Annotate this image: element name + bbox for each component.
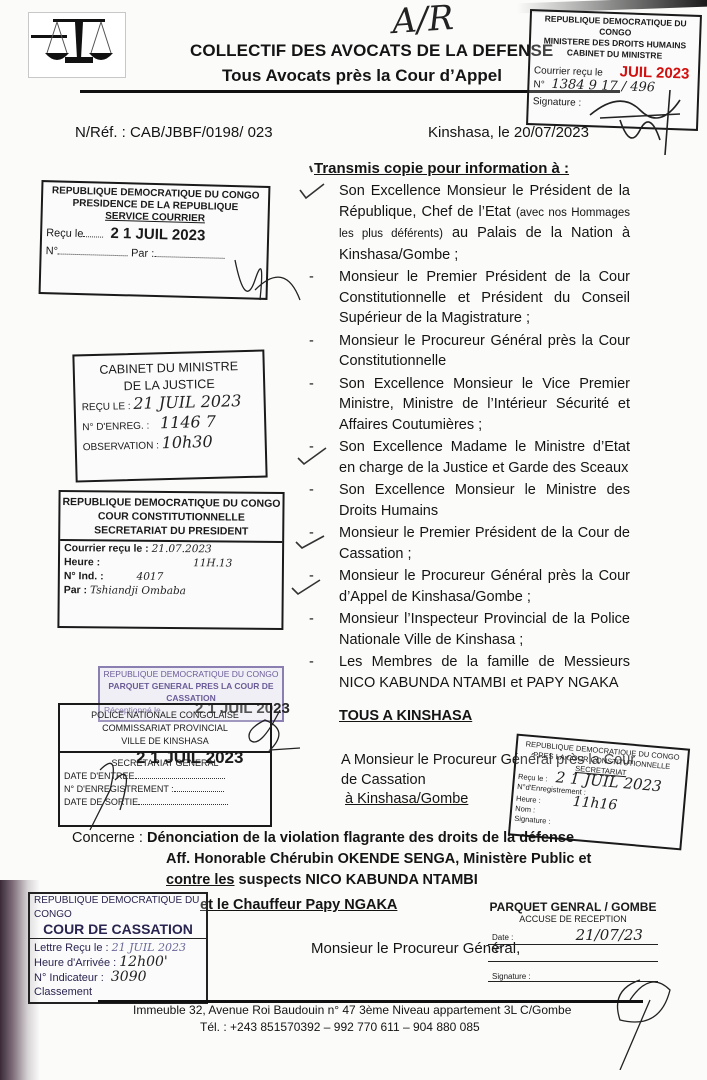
handwritten-initials: A/R — [391, 0, 455, 42]
stamp-label: N° D'ENREGISTREMENT : — [64, 784, 174, 794]
stamp-date-row: Date : 21/07/23 — [488, 926, 658, 945]
stamp-date: 21 JUIL 2023 — [112, 941, 186, 954]
list-item: -Monsieur l’Inspecteur Provincial de la … — [305, 609, 630, 650]
copies-closing: TOUS A KINSHASA — [339, 708, 472, 724]
recipient-text: Monsieur le Procureur Général près la Co… — [339, 568, 630, 605]
stamp-label: OBSERVATION : — [83, 440, 159, 453]
affair-line-3: et le Chauffeur Papy NGAKA — [200, 897, 397, 913]
document-page: A/R COLLECTIF DES AVOCATS DE LA DEFENSE … — [0, 0, 707, 1080]
stamp-label: Heure : — [64, 556, 100, 568]
stamp-cabinet-justice: CABINET DU MINISTRE DE LA JUSTICE REÇU L… — [72, 350, 267, 483]
stamp-obs-row: OBSERVATION : 10h30 — [77, 432, 265, 457]
stamp-recu-row: Reçu le 2 1 JUIL 2023 — [42, 226, 267, 245]
addressee-line-3: à Kinshasa/Gombe — [345, 791, 468, 807]
stamp-label: N° — [488, 945, 658, 962]
footer-phone: Tél. : +243 851570392 – 992 770 611 – 90… — [200, 1020, 480, 1034]
affair-text: suspects NICO KABUNDA NTAMBI — [235, 872, 478, 888]
stamp-label: Date : — [492, 933, 513, 942]
stamp-label: Signature : — [488, 972, 658, 982]
copies-title: Transmis copie pour information à : — [314, 160, 569, 177]
stamp-line: REPUBLIQUE DEMOCRATIQUE DU CONGO — [60, 495, 282, 511]
scales-of-justice-icon — [28, 12, 126, 78]
stamp-label: Heure d'Arrivée : — [34, 957, 116, 969]
handwritten-time: 11H.13 — [193, 557, 232, 569]
list-item: -Monsieur le Premier Président de la Cou… — [305, 267, 630, 329]
stamp-label: N° Indicateur : — [34, 972, 104, 984]
stamp-classement-row: Classement — [30, 985, 206, 999]
stamp-label: N° Ind. : — [64, 570, 104, 582]
affair-line-2: contre les suspects NICO KABUNDA NTAMBI — [166, 872, 478, 888]
list-item: -Monsieur le Premier Président de la Cou… — [305, 523, 630, 564]
recipient-text: Son Excellence Madame le Ministre d’Etat… — [339, 439, 630, 476]
handwritten-number: 1384 9 17 / 496 — [551, 77, 655, 96]
list-item: -Monsieur le Procureur Général près la C… — [305, 331, 630, 372]
list-item: -Son Excellence Madame le Ministre d’Eta… — [305, 437, 630, 478]
handwritten-name: Tshiandji Ombaba — [90, 584, 186, 597]
recipient-text: Monsieur le Premier Président de la Cour… — [339, 525, 630, 562]
stamp-label: N° — [46, 245, 59, 257]
subject-label: Concerne : — [72, 830, 143, 846]
recipient-text: Monsieur le Premier Président de la Cour… — [339, 269, 630, 326]
stamp-line: POLICE NATIONALE CONGOLAISE — [60, 709, 270, 722]
handwritten-time: 12h00' — [119, 954, 168, 970]
stamp-date: 2 1 JUIL 2023 — [110, 225, 205, 244]
stamp-label: REÇU LE : — [82, 401, 131, 413]
stamp-label: Lettre Reçu le : — [34, 942, 109, 954]
stamp-entree-row: DATE D'ENTREE — [60, 770, 270, 783]
footer-address: Immeuble 32, Avenue Roi Baudouin n° 47 3… — [133, 1003, 571, 1017]
recipient-text: Son Excellence Monsieur le Ministre des … — [339, 482, 630, 519]
stamp-ind-row: N° Indicateur : 3090 — [30, 970, 206, 985]
subject-line: Concerne : Dénonciation de la violation … — [72, 830, 574, 846]
stamp-line: ACCUSE DE RECEPTION — [488, 914, 658, 924]
list-item: -Monsieur le Procureur Général près la C… — [305, 566, 630, 607]
stamp-label: N° D'ENREG. : — [82, 421, 149, 434]
stamp-line: SECRETARIAT DU PRESIDENT — [60, 523, 282, 543]
handwritten-date: 21/07/23 — [576, 926, 643, 944]
affair-line-1: Aff. Honorable Chérubin OKENDE SENGA, Mi… — [166, 851, 591, 867]
stamp-enreg-row: N° D'ENREGISTREMENT : — [60, 783, 270, 796]
stamp-label: Classement — [34, 986, 92, 998]
stamp-presidence: REPUBLIQUE DEMOCRATIQUE DU CONGO PRESIDE… — [39, 180, 271, 300]
handwritten-date: 21.07.2023 — [152, 543, 212, 556]
stamp-label: Par : — [64, 584, 87, 596]
handwritten-number: 3090 — [111, 969, 147, 985]
recipient-text: Les Membres de la famille de Messieurs N… — [339, 654, 630, 691]
letter-date: Kinshasa, le 20/07/2023 — [428, 124, 589, 141]
recipient-text: Monsieur le Procureur Général près la Co… — [339, 333, 630, 370]
stamp-label: DATE DE SORTIE — [64, 797, 138, 807]
stamp-line: PARQUET GENRAL / GOMBE — [488, 900, 658, 914]
subject-text: Dénonciation de la violation flagrante d… — [147, 830, 574, 846]
reference-number: N/Réf. : CAB/JBBF/0198/ 023 — [75, 124, 273, 141]
stamp-droits-humains: REPUBLIQUE DEMOCRATIQUE DU CONGO MINISTE… — [526, 9, 702, 131]
stamp-date: 21 JUIL 2023 — [133, 391, 242, 413]
stamp-line: REPUBLIQUE DEMOCRATIQUE DU CONGO — [30, 894, 206, 922]
stamp-no-row: N° Par : — [42, 245, 267, 263]
stamp-cour-constitutionnelle: REPUBLIQUE DEMOCRATIQUE DU CONGO COUR CO… — [57, 490, 284, 630]
stamp-cour-cassation: REPUBLIQUE DEMOCRATIQUE DU CONGO COUR DE… — [28, 892, 208, 1004]
stamp-label: DATE D'ENTREE — [64, 771, 135, 781]
list-item: -Son Excellence Monsieur le Ministre des… — [305, 480, 630, 521]
list-item: -Son Excellence Monsieur le Vice Premier… — [305, 374, 630, 436]
list-item: -Les Membres de la famille de Messieurs … — [305, 652, 630, 693]
recipient-text: Monsieur l’Inspecteur Provincial de la P… — [339, 611, 630, 648]
stamp-line: COUR DE CASSATION — [30, 922, 206, 939]
list-item: Son Excellence Monsieur le Président de … — [305, 181, 630, 265]
stamp-heure-row: Heure d'Arrivée : 12h00' — [30, 955, 206, 970]
stamp-parquet-gombe: PARQUET GENRAL / GOMBE ACCUSE DE RECEPTI… — [488, 900, 658, 996]
stamp-line: REPUBLIQUE DEMOCRATIQUE DU CONGO — [100, 668, 282, 680]
recipient-text: Son Excellence Monsieur le Vice Premier … — [339, 376, 630, 433]
affair-underlined: contre les — [166, 872, 235, 888]
stamp-par-row: Par : Tshiandji Ombaba — [60, 583, 282, 599]
letterhead-subtitle: Tous Avocats près la Cour d’Appel — [222, 66, 502, 86]
stamp-date: 2 1 JUIL 2023 — [136, 748, 243, 768]
handwritten-time: 10h30 — [161, 432, 213, 452]
stamp-label: Reçu le — [46, 227, 84, 240]
handwritten-number: 4017 — [137, 571, 164, 583]
stamp-label: N° — [533, 79, 545, 90]
stamp-lettre-row: Lettre Reçu le : 21 JUIL 2023 — [30, 941, 206, 955]
letterhead-title: COLLECTIF DES AVOCATS DE LA DEFENSE — [190, 41, 553, 61]
stamp-signature-row: Signature : — [529, 96, 697, 113]
stamp-label: Courrier reçu le : — [64, 542, 149, 555]
stamp-label: Signature : — [533, 96, 582, 109]
copies-list: Son Excellence Monsieur le Président de … — [305, 181, 630, 695]
stamp-sortie-row: DATE DE SORTIE — [60, 796, 270, 809]
stamp-label: Par : — [131, 247, 155, 260]
stamp-line: COMMISSARIAT PROVINCIAL — [60, 722, 270, 735]
addressee-line-2: de Cassation — [341, 770, 426, 790]
handwritten-number: 1146 7 — [160, 412, 216, 432]
